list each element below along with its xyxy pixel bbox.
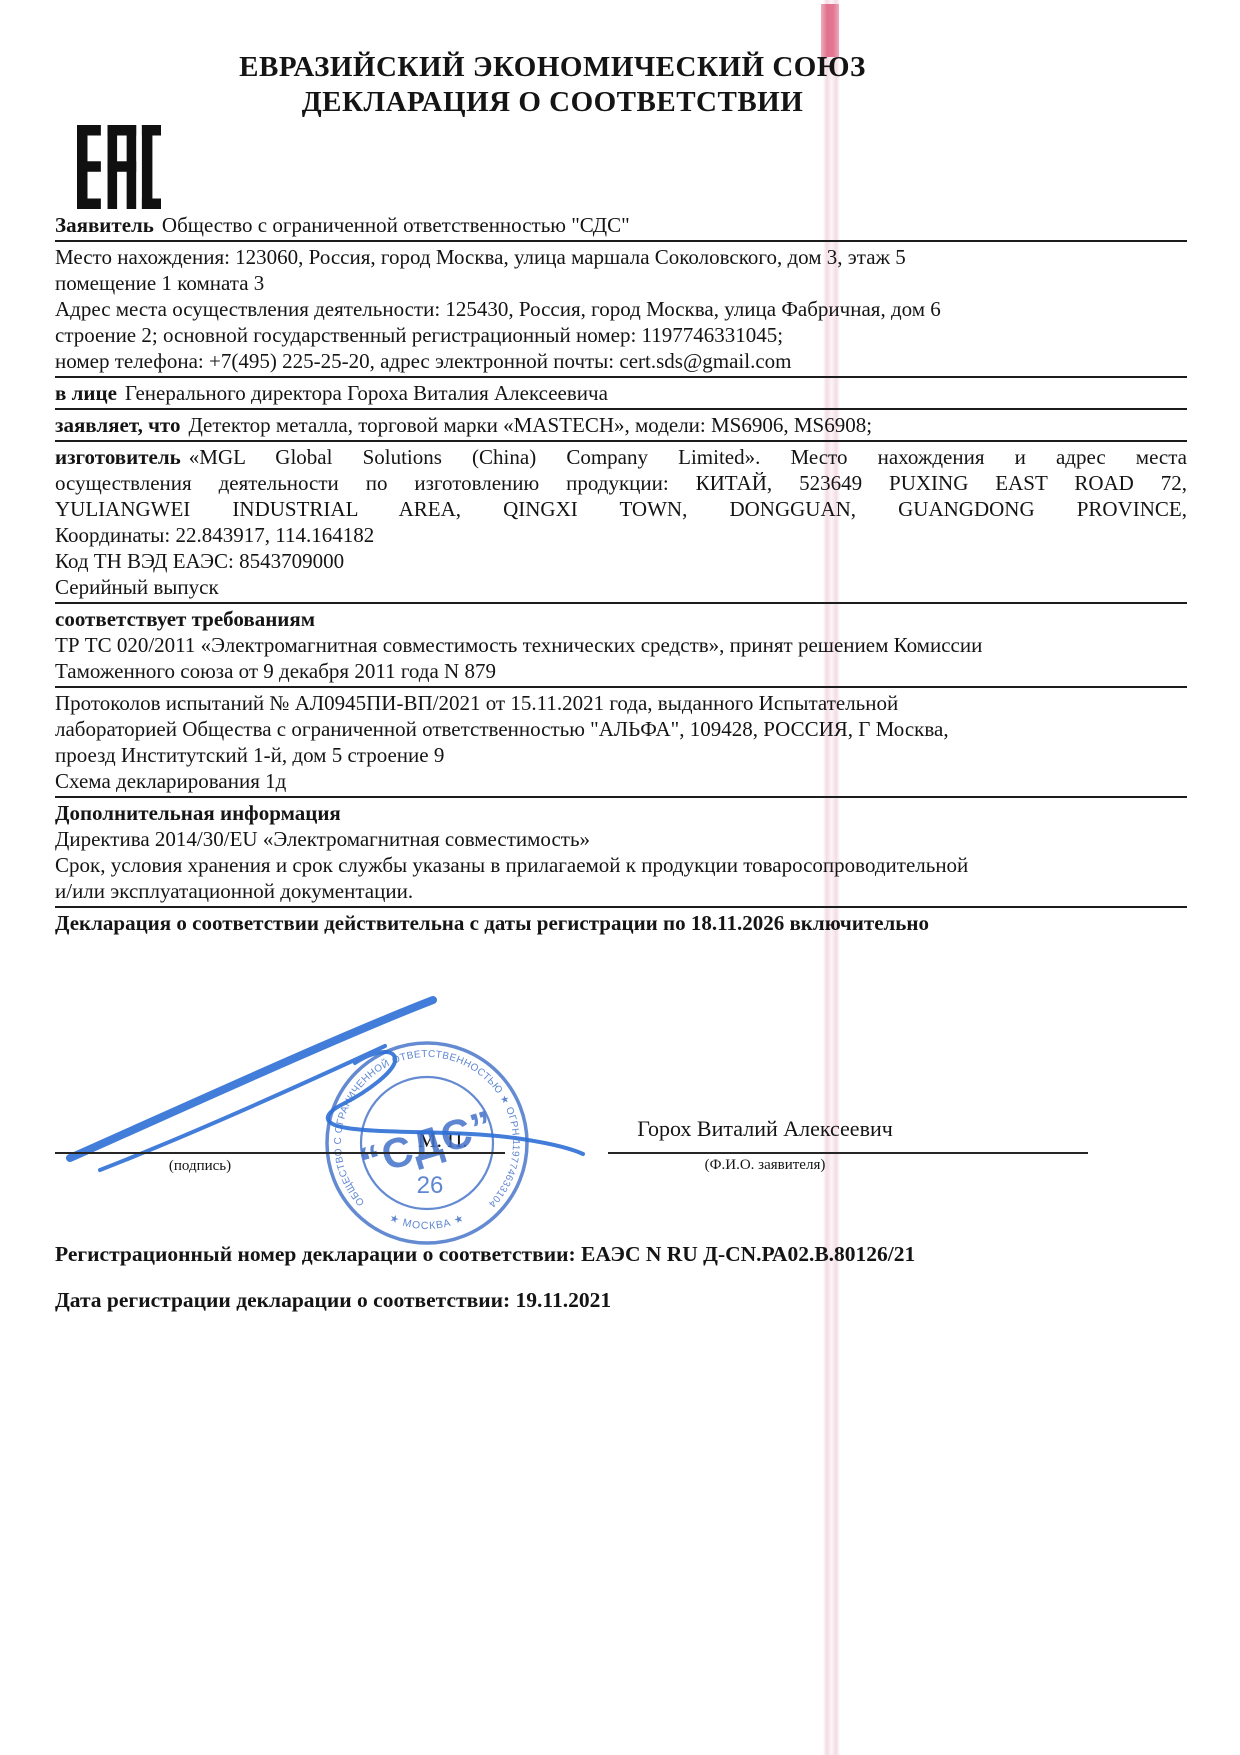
declares-line: заявляет, чтоДетектор металла, торговой …	[55, 412, 1187, 438]
protocols-line: Схема декларирования 1д	[55, 768, 1187, 794]
tn-ved-line: Код ТН ВЭД ЕАЭС: 8543709000	[55, 548, 1187, 574]
complies-heading: соответствует требованиям	[55, 606, 1187, 632]
title-line-1: ЕВРАЗИЙСКИЙ ЭКОНОМИЧЕСКИЙ СОЮЗ	[0, 50, 1105, 85]
stamp-bottom-text: ★ МОСКВА ★	[388, 1212, 467, 1232]
location-line: Место нахождения: 123060, Россия, город …	[55, 244, 1187, 270]
divider	[55, 796, 1187, 798]
title-line-2: ДЕКЛАРАЦИЯ О СООТВЕТСТВИИ	[0, 85, 1105, 120]
applicant-line: ЗаявительОбщество с ограниченной ответст…	[55, 212, 1187, 238]
manufacturer-value: «MGL Global Solutions (China) Company Li…	[189, 445, 1187, 469]
name-line	[608, 1152, 1088, 1154]
divider	[55, 602, 1187, 604]
additional-line: Срок, условия хранения и срок службы ука…	[55, 852, 1187, 878]
location-line: Адрес места осуществления деятельности: …	[55, 296, 1187, 322]
svg-text:★ МОСКВА ★: ★ МОСКВА ★	[388, 1212, 467, 1232]
document-body: ЗаявительОбщество с ограниченной ответст…	[55, 212, 1187, 936]
requirements-line: ТР ТС 020/2011 «Электромагнитная совмест…	[55, 632, 1187, 658]
registration-date-line: Дата регистрации декларации о соответств…	[55, 1288, 611, 1313]
location-line: помещение 1 комната 3	[55, 270, 1187, 296]
in-person-line: в лицеГенерального директора Гороха Вита…	[55, 380, 1187, 406]
validity-line: Декларация о соответствии действительна …	[55, 910, 1187, 936]
manufacturer-line: осуществления деятельности по изготовлен…	[55, 470, 1187, 496]
additional-line: и/или эксплуатационной документации.	[55, 878, 1187, 904]
additional-heading: Дополнительная информация	[55, 800, 1187, 826]
requirements-line: Таможенного союза от 9 декабря 2011 года…	[55, 658, 1187, 684]
protocols-line: проезд Институтский 1-й, дом 5 строение …	[55, 742, 1187, 768]
applicant-value: Общество с ограниченной ответственностью…	[162, 213, 630, 237]
divider	[55, 686, 1187, 688]
declaration-document: ЕВРАЗИЙСКИЙ ЭКОНОМИЧЕСКИЙ СОЮЗ ДЕКЛАРАЦИ…	[0, 0, 1240, 1755]
serial-line: Серийный выпуск	[55, 574, 1187, 600]
registration-number-line: Регистрационный номер декларации о соотв…	[55, 1242, 915, 1267]
coordinates-line: Координаты: 22.843917, 114.164182	[55, 522, 1187, 548]
signature-caption: (подпись)	[130, 1158, 270, 1175]
protocols-line: лабораторией Общества с ограниченной отв…	[55, 716, 1187, 742]
name-caption: (Ф.И.О. заявителя)	[560, 1157, 970, 1174]
divider	[55, 240, 1187, 242]
applicant-full-name: Горох Виталий Алексеевич	[560, 1116, 970, 1142]
divider	[55, 408, 1187, 410]
location-line: номер телефона: +7(495) 225-25-20, адрес…	[55, 348, 1187, 374]
eac-mark-icon	[77, 124, 161, 210]
additional-line: Директива 2014/30/EU «Электромагнитная с…	[55, 826, 1187, 852]
manufacturer-label: изготовитель	[55, 445, 181, 469]
declares-label: заявляет, что	[55, 413, 180, 437]
manufacturer-line: изготовитель«MGL Global Solutions (China…	[55, 444, 1187, 470]
divider	[55, 376, 1187, 378]
protocols-line: Протоколов испытаний № АЛ0945ПИ-ВП/2021 …	[55, 690, 1187, 716]
document-title: ЕВРАЗИЙСКИЙ ЭКОНОМИЧЕСКИЙ СОЮЗ ДЕКЛАРАЦИ…	[0, 50, 1105, 120]
in-person-value: Генерального директора Гороха Виталия Ал…	[125, 381, 608, 405]
signature-line	[55, 1152, 505, 1154]
declares-value: Детектор металла, торговой марки «MASTEC…	[188, 413, 872, 437]
divider	[55, 906, 1187, 908]
manufacturer-line: YULIANGWEI INDUSTRIAL AREA, QINGXI TOWN,…	[55, 496, 1187, 522]
location-line: строение 2; основной государственный рег…	[55, 322, 1187, 348]
in-person-label: в лице	[55, 381, 117, 405]
applicant-label: Заявитель	[55, 213, 154, 237]
divider	[55, 440, 1187, 442]
